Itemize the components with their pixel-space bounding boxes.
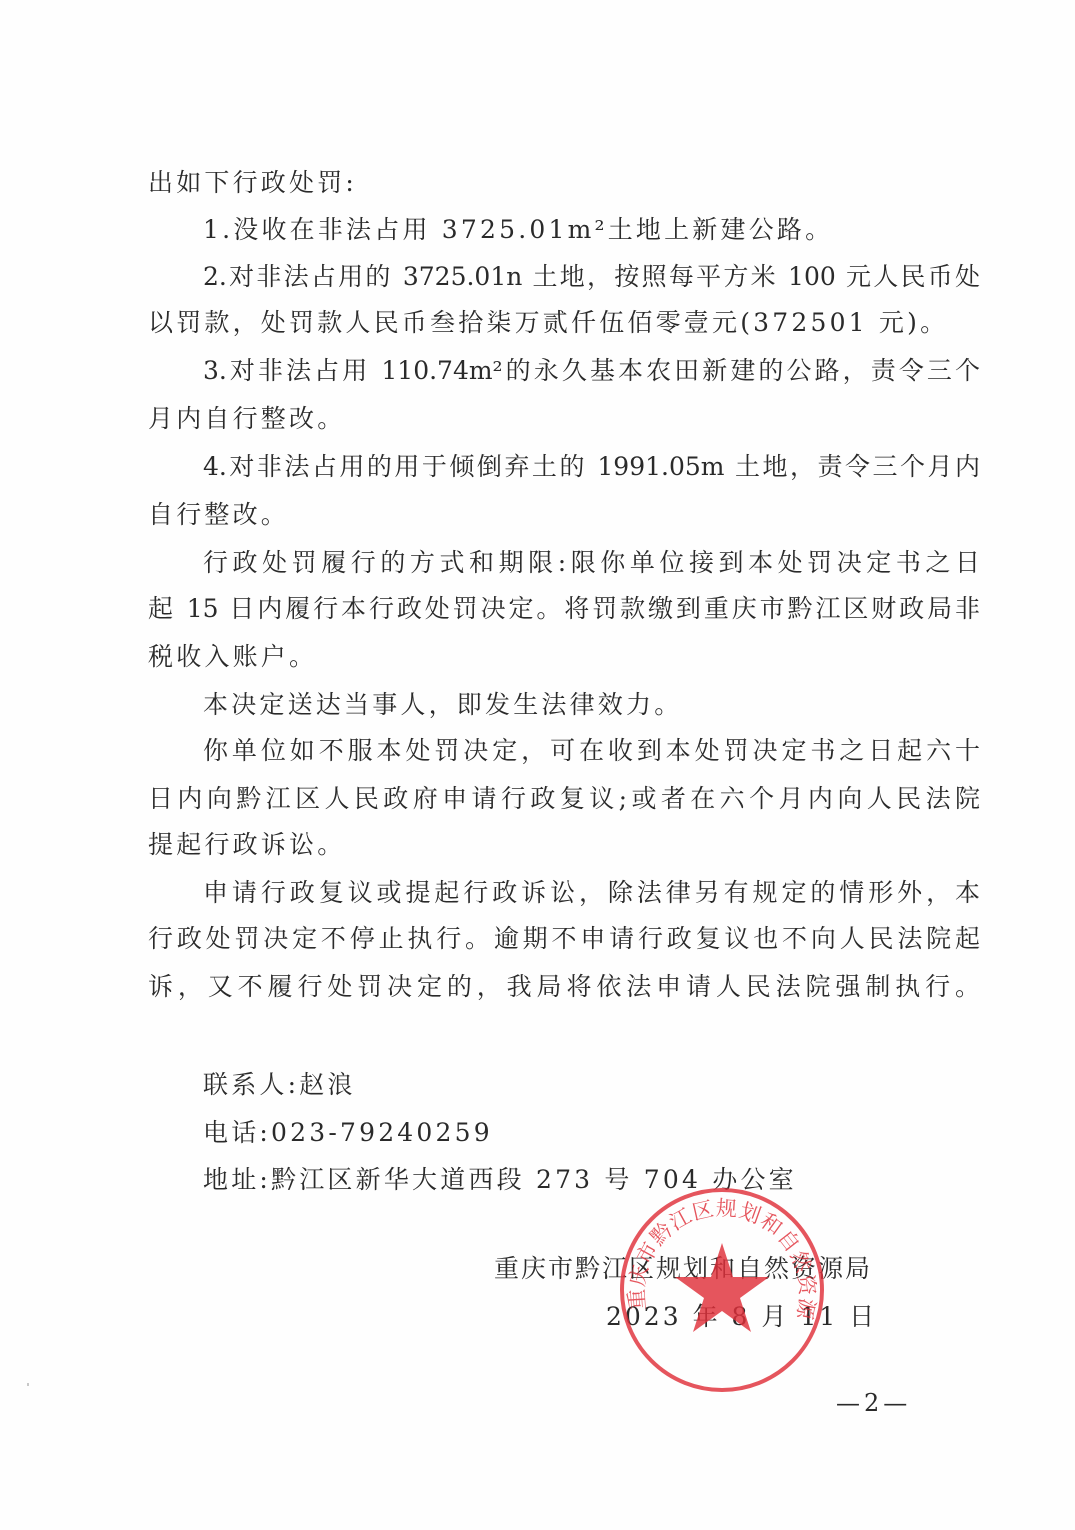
page-number: —2— xyxy=(836,1383,911,1423)
penalty-item-3-line-1: 3.对非法占用 110.74m²的永久基本农田新建的公路，责令三个 xyxy=(203,348,980,394)
payment-terms-line-2: 起 15 日内履行本行政处罚决定。将罚款缴到重庆市黔江区财政局非 xyxy=(148,586,980,632)
scan-artifact xyxy=(27,1383,29,1386)
paragraph-intro: 出如下行政处罚: xyxy=(148,160,357,206)
penalty-item-1: 1.没收在非法占用 3725.01m²土地上新建公路。 xyxy=(203,207,833,253)
penalty-item-2-line-2: 以罚款，处罚款人民币叁拾柒万贰仟伍佰零壹元(372501 元)。 xyxy=(148,300,948,346)
contact-person: 联系人:赵浪 xyxy=(203,1062,356,1108)
appeal-rights-line-2: 日内向黔江区人民政府申请行政复议;或者在六个月内向人民法院 xyxy=(148,776,980,822)
appeal-rights-line-3: 提起行政诉讼。 xyxy=(148,822,345,868)
penalty-item-2-line-1: 2.对非法占用的 3725.01n 土地，按照每平方米 100 元人民币处 xyxy=(203,254,980,300)
penalty-item-4-line-1: 4.对非法占用的用于倾倒弃土的 1991.05m 土地，责令三个月内 xyxy=(203,444,980,490)
penalty-item-3-line-2: 月内自行整改。 xyxy=(148,396,345,442)
appeal-rights-line-1: 你单位如不服本处罚决定，可在收到本处罚决定书之日起六十 xyxy=(203,728,980,774)
document-page: 出如下行政处罚: 1.没收在非法占用 3725.01m²土地上新建公路。 2.对… xyxy=(0,0,1075,1530)
enforcement-line-1: 申请行政复议或提起行政诉讼，除法律另有规定的情形外，本 xyxy=(203,870,980,916)
official-seal-icon: 重庆市黔江区规划和自然资源局 xyxy=(617,1185,827,1395)
enforcement-line-3: 诉，又不履行处罚决定的，我局将依法申请人民法院强制执行。 xyxy=(148,964,980,1010)
contact-phone: 电话:023-79240259 xyxy=(203,1110,493,1156)
enforcement-line-2: 行政处罚决定不停止执行。逾期不申请行政复议也不向人民法院起 xyxy=(148,916,980,962)
payment-terms-line-1: 行政处罚履行的方式和期限:限你单位接到本处罚决定书之日 xyxy=(203,540,980,586)
penalty-item-4-line-2: 自行整改。 xyxy=(148,492,289,538)
effect-statement: 本决定送达当事人，即发生法律效力。 xyxy=(203,682,682,728)
payment-terms-line-3: 税收入账户。 xyxy=(148,634,317,680)
